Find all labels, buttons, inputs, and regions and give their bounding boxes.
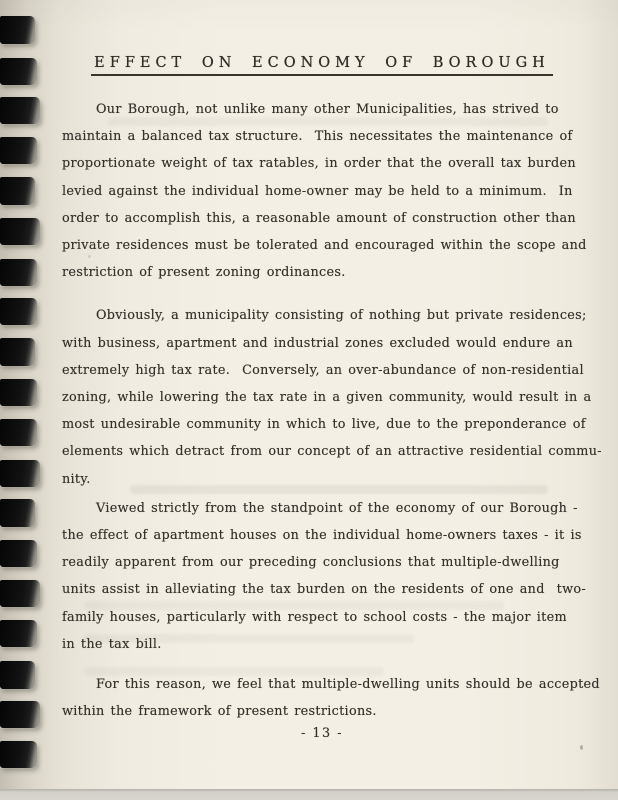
scan-speck <box>88 255 91 258</box>
binding-tooth-icon <box>0 499 35 527</box>
binding-tooth-icon <box>0 460 40 487</box>
title-wrap: EFFECT ON ECONOMY OF BOROUGH <box>46 52 598 76</box>
page-bottom-edge <box>0 789 618 800</box>
binding-tooth-icon <box>0 97 40 124</box>
binding-tooth-icon <box>0 177 35 205</box>
text-line: zoning, while lowering the tax rate in a… <box>62 384 582 411</box>
text-line: restriction of present zoning ordinances… <box>62 259 582 286</box>
text-line: units assist in alleviating the tax burd… <box>62 576 582 603</box>
binding-tooth-icon <box>0 259 37 286</box>
binding-tooth-icon <box>0 580 40 607</box>
text-line: order to accomplish this, a reasonable a… <box>62 205 582 232</box>
text-line: levied against the individual home-owner… <box>62 178 582 205</box>
text-line: elements which detract from our concept … <box>62 438 582 465</box>
text-line: Obviously, a municipality consisting of … <box>62 302 582 329</box>
binding-comb <box>0 16 46 781</box>
bleedthrough-ghost-line <box>84 601 504 610</box>
text-body: Our Borough, not unlike many other Munic… <box>62 96 582 725</box>
text-line: with business, apartment and industrial … <box>62 330 582 357</box>
bleedthrough-ghost-line <box>130 485 548 494</box>
text-line: readily apparent from our preceding conc… <box>62 549 582 576</box>
scanned-document-page: EFFECT ON ECONOMY OF BOROUGH Our Borough… <box>0 0 618 800</box>
text-line: extremely high tax rate. Conversely, an … <box>62 357 582 384</box>
binding-tooth-icon <box>0 298 37 325</box>
paragraph: Obviously, a municipality consisting of … <box>62 302 582 492</box>
binding-tooth-icon <box>0 661 35 689</box>
bleedthrough-ghost-line <box>84 667 384 676</box>
text-line: Viewed strictly from the standpoint of t… <box>62 495 582 522</box>
binding-tooth-icon <box>0 701 40 728</box>
binding-tooth-icon <box>0 137 37 164</box>
page-number: - 13 - <box>46 726 598 741</box>
page-title: EFFECT ON ECONOMY OF BOROUGH <box>91 55 553 76</box>
text-line: the effect of apartment houses on the in… <box>62 522 582 549</box>
binding-tooth-icon <box>0 741 37 768</box>
binding-tooth-icon <box>0 218 40 245</box>
bleedthrough-ghost-line <box>84 634 414 643</box>
bleedthrough-ghost-line <box>108 117 548 126</box>
binding-tooth-icon <box>0 16 35 44</box>
binding-tooth-icon <box>0 338 35 366</box>
paragraph: For this reason, we feel that multiple-d… <box>62 671 582 725</box>
text-line: private residences must be tolerated and… <box>62 232 582 259</box>
binding-tooth-icon <box>0 620 37 647</box>
binding-tooth-icon <box>0 540 37 567</box>
binding-tooth-icon <box>0 419 37 446</box>
text-line: proportionate weight of tax ratables, in… <box>62 150 582 177</box>
text-line: most undesirable community in which to l… <box>62 411 582 438</box>
binding-tooth-icon <box>0 58 37 85</box>
text-line: maintain a balanced tax structure. This … <box>62 123 582 150</box>
text-line: within the framework of present restrict… <box>62 698 582 725</box>
page-edge-shade <box>578 0 618 800</box>
binding-tooth-icon <box>0 379 37 406</box>
